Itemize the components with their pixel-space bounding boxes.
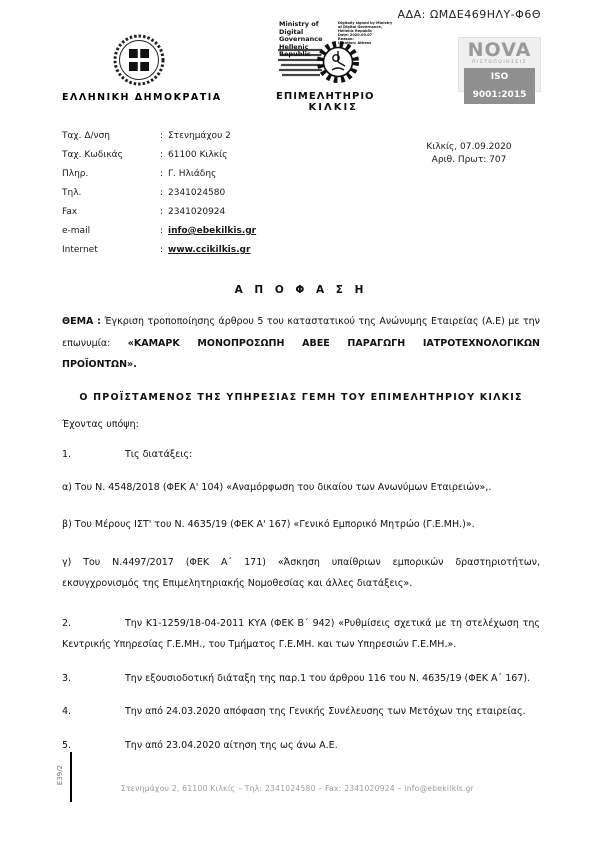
- contact-row-info-person: Πληρ.:Γ. Ηλιάδης: [62, 170, 312, 180]
- theme-label: ΘΕΜΑ :: [62, 316, 101, 327]
- website-link[interactable]: www.ccikilkis.gr: [168, 246, 250, 256]
- chamber-city: ΚΙΛΚΙΣ: [276, 102, 372, 113]
- consideration-item-2: 2.Την Κ1-1259/18-04-2011 ΚΥΑ (ΦΕΚ Β΄ 942…: [62, 613, 540, 656]
- consideration-item-5: 5.Την από 23.04.2020 αίτηση της ως άνω Α…: [62, 735, 540, 757]
- nova-iso-badge: NOVA ΠΙΣΤΟΠΟΙΗΣΕΙΣ ISO 9001:2015: [458, 37, 541, 92]
- consideration-item-4: 4.Την από 24.03.2020 απόφαση της Γενικής…: [62, 701, 540, 723]
- theme-company-name: «ΚΑΜΑΡΚ ΜΟΝΟΠΡΟΣΩΠΗ ΑΒΕΕ ΠΑΡΑΓΩΓΗ ΙΑΤΡΟΤ…: [62, 338, 540, 371]
- consideration-item-1c: γ) Του Ν.4497/2017 (ΦΕΚ Α΄ 171) «Άσκηση …: [62, 552, 540, 595]
- ada-number: ΑΔΑ: ΩΜΔΕ469ΗΛΥ-Φ6Θ: [398, 8, 541, 21]
- consideration-item-1: 1.Τις διατάξεις:: [62, 448, 540, 461]
- contact-row-phone: Τηλ.:2341024580: [62, 189, 312, 199]
- consideration-item-3: 3.Την εξουσιοδοτική διάταξη της παρ.1 το…: [62, 668, 540, 690]
- consideration-item-1a: α) Του Ν. 4548/2018 (ΦΕΚ Α' 104) «Αναμόρ…: [62, 477, 540, 499]
- protocol-number: Αριθ. Πρωτ: 707: [398, 154, 540, 167]
- document-body: Α Π Ο Φ Α Σ Η ΘΕΜΑ : Έγκριση τροποποίηση…: [62, 284, 540, 756]
- decision-title: Α Π Ο Φ Α Σ Η: [62, 284, 540, 297]
- contact-row-email: e-mail:info@ebekilkis.gr: [62, 227, 312, 237]
- national-emblem-icon: [111, 32, 167, 94]
- footer-contact-line: Στενημάχου 2, 61100 Κιλκίς – Τηλ: 234102…: [0, 784, 595, 793]
- having-regard-label: Έχοντας υπόψη:: [62, 418, 540, 431]
- theme-paragraph: ΘΕΜΑ : Έγκριση τροποποίησης άρθρου 5 του…: [62, 311, 540, 376]
- iso-certification-label: ISO 9001:2015: [464, 68, 535, 104]
- issuing-authority-heading: Ο ΠΡΟΪΣΤΑΜΕΝΟΣ ΤΗΣ ΥΠΗΡΕΣΙΑΣ ΓΕΜΗ ΤΟΥ ΕΠ…: [62, 391, 540, 404]
- contact-row-fax: Fax:2341020924: [62, 208, 312, 218]
- ministry-stamp-title: Ministry of Digital Governance Hellenic …: [279, 21, 335, 69]
- digital-signature-stamp: Ministry of Digital Governance Hellenic …: [279, 21, 397, 69]
- date-protocol-block: Κιλκίς, 07.09.2020 Αριθ. Πρωτ: 707: [398, 141, 540, 167]
- consideration-item-1b: β) Του Μέρους ΙΣΤ' του Ν. 4635/19 (ΦΕΚ Α…: [62, 514, 540, 536]
- place-date: Κιλκίς, 07.09.2020: [398, 141, 540, 154]
- contact-row-postal-code: Ταχ. Κωδικάς:61100 Κιλκίς: [62, 151, 312, 161]
- nova-brand: NOVA: [459, 40, 540, 60]
- signature-details: Digitally signed by Ministry of Digital …: [338, 21, 397, 69]
- chamber-name: ΕΠΙΜΕΛΗΤΗΡΙΟ: [276, 91, 372, 102]
- email-link[interactable]: info@ebekilkis.gr: [168, 227, 256, 237]
- footer-vertical-rule: [70, 752, 72, 802]
- contact-row-website: Internet:www.ccikilkis.gr: [62, 246, 312, 256]
- contact-row-address: Ταχ. Δ/νση:Στενημάχου 2: [62, 132, 312, 142]
- contact-block: Ταχ. Δ/νση:Στενημάχου 2 Ταχ. Κωδικάς:611…: [62, 132, 312, 265]
- hellenic-republic-heading: ΕΛΛΗΝΙΚΗ ΔΗΜΟΚΡΑΤΙΑ: [62, 92, 222, 103]
